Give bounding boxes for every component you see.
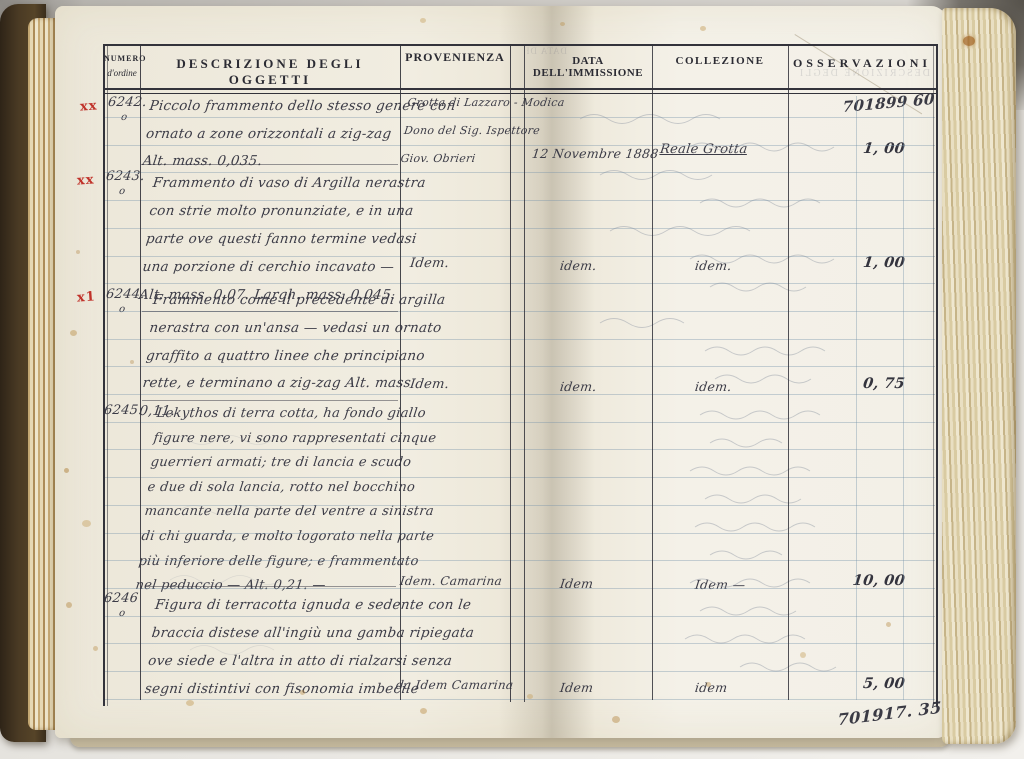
table-rule-line bbox=[103, 44, 105, 706]
table-rule-line bbox=[105, 256, 935, 257]
entry-number: 6246 bbox=[103, 591, 139, 606]
table-rule-line bbox=[105, 422, 935, 423]
column-header-data: DATA DELL'IMMISSIONE bbox=[524, 55, 652, 79]
table-rule-line bbox=[146, 586, 396, 587]
foxing-spot bbox=[700, 26, 706, 31]
table-rule-line bbox=[510, 44, 511, 702]
foxing-spot bbox=[886, 622, 891, 627]
foxing-spot bbox=[186, 700, 194, 706]
table-rule-line bbox=[105, 117, 935, 118]
foxing-spot bbox=[66, 602, 72, 608]
entry-check-mark: o bbox=[118, 608, 126, 619]
column-header-numero-sub: d'ordine bbox=[104, 68, 140, 78]
entry-provenance: Idem. bbox=[409, 377, 450, 392]
foxing-spot bbox=[64, 468, 69, 473]
table-rule-line bbox=[105, 200, 935, 201]
foxing-spot bbox=[70, 330, 77, 336]
foxing-spot bbox=[420, 708, 427, 714]
table-rule-line bbox=[142, 400, 398, 401]
table-rule-line bbox=[105, 172, 935, 173]
table-rule-line bbox=[105, 588, 935, 589]
foxing-spot bbox=[800, 652, 806, 658]
table-rule-line bbox=[105, 671, 935, 672]
table-rule-line bbox=[105, 339, 935, 340]
foxing-spot bbox=[82, 520, 91, 527]
foxing-spot bbox=[420, 18, 426, 23]
table-rule-line bbox=[103, 93, 936, 95]
entry-number: 6245. bbox=[103, 403, 144, 418]
entry-provenance: da Idem Camarina bbox=[395, 678, 514, 692]
table-rule-line bbox=[105, 616, 935, 617]
table-rule-line bbox=[903, 96, 904, 700]
table-rule-line bbox=[105, 643, 935, 644]
entry-provenance: Idem. Camarina bbox=[399, 574, 503, 588]
column-header-descrizione: DESCRIZIONE DEGLI OGGETTI bbox=[142, 56, 398, 88]
table-rule-line bbox=[105, 283, 935, 284]
red-check-mark: xx bbox=[79, 98, 98, 114]
entry-provenance: Idem. bbox=[409, 256, 450, 271]
table-rule-line bbox=[105, 560, 935, 561]
table-rule-line bbox=[105, 394, 935, 395]
table-rule-line bbox=[105, 366, 935, 367]
foxing-spot bbox=[130, 360, 134, 364]
table-rule-line bbox=[933, 44, 934, 706]
register-book-photo: NUMERO d'ordine DESCRIZIONE DEGLI OGGETT… bbox=[0, 0, 1024, 759]
table-rule-line bbox=[103, 88, 936, 90]
bleed-through-header-text: DESCRIZIONE DEGLI OGGETTI bbox=[795, 68, 930, 79]
entry-check-mark: o bbox=[118, 186, 126, 197]
foxing-spot bbox=[612, 716, 620, 723]
table-rule-line bbox=[105, 145, 935, 146]
table-rule-line bbox=[105, 505, 935, 506]
page-edges-right bbox=[942, 8, 1016, 744]
foxing-spot bbox=[706, 682, 711, 687]
table-rule-line bbox=[105, 228, 935, 229]
red-check-mark: x1 bbox=[76, 289, 96, 305]
table-rule-line bbox=[105, 533, 935, 534]
red-check-mark: xx bbox=[76, 172, 95, 188]
table-rule-line bbox=[142, 311, 398, 312]
table-rule-line bbox=[856, 96, 857, 700]
foxing-spot bbox=[76, 250, 80, 254]
bleed-through-header-fragment: DATA DELL'IMMISSIONE bbox=[527, 46, 567, 56]
table-rule-line bbox=[400, 44, 401, 700]
column-header-provenienza: PROVENIENZA bbox=[400, 50, 510, 65]
table-rule-line bbox=[788, 44, 789, 700]
bleed-through-writing bbox=[150, 420, 390, 680]
entry-number: 6242. bbox=[107, 95, 148, 110]
column-header-numero: NUMERO bbox=[104, 54, 140, 63]
table-rule-line bbox=[140, 44, 141, 700]
table-rule-line bbox=[936, 44, 938, 706]
foxing-spot bbox=[560, 22, 565, 26]
table-rule-line bbox=[107, 44, 108, 706]
table-rule-line bbox=[524, 44, 525, 702]
column-header-collezione: COLLEZIONE bbox=[652, 55, 788, 67]
foxing-spot bbox=[93, 646, 98, 651]
entry-check-mark: o bbox=[118, 304, 126, 315]
table-rule-line bbox=[105, 449, 935, 450]
table-rule-line bbox=[103, 44, 937, 46]
foxing-spot bbox=[963, 36, 975, 46]
table-rule-line bbox=[105, 699, 935, 700]
table-rule-line bbox=[105, 477, 935, 478]
table-rule-line bbox=[652, 44, 653, 700]
table-rule-line bbox=[142, 164, 398, 165]
foxing-spot bbox=[300, 690, 305, 695]
